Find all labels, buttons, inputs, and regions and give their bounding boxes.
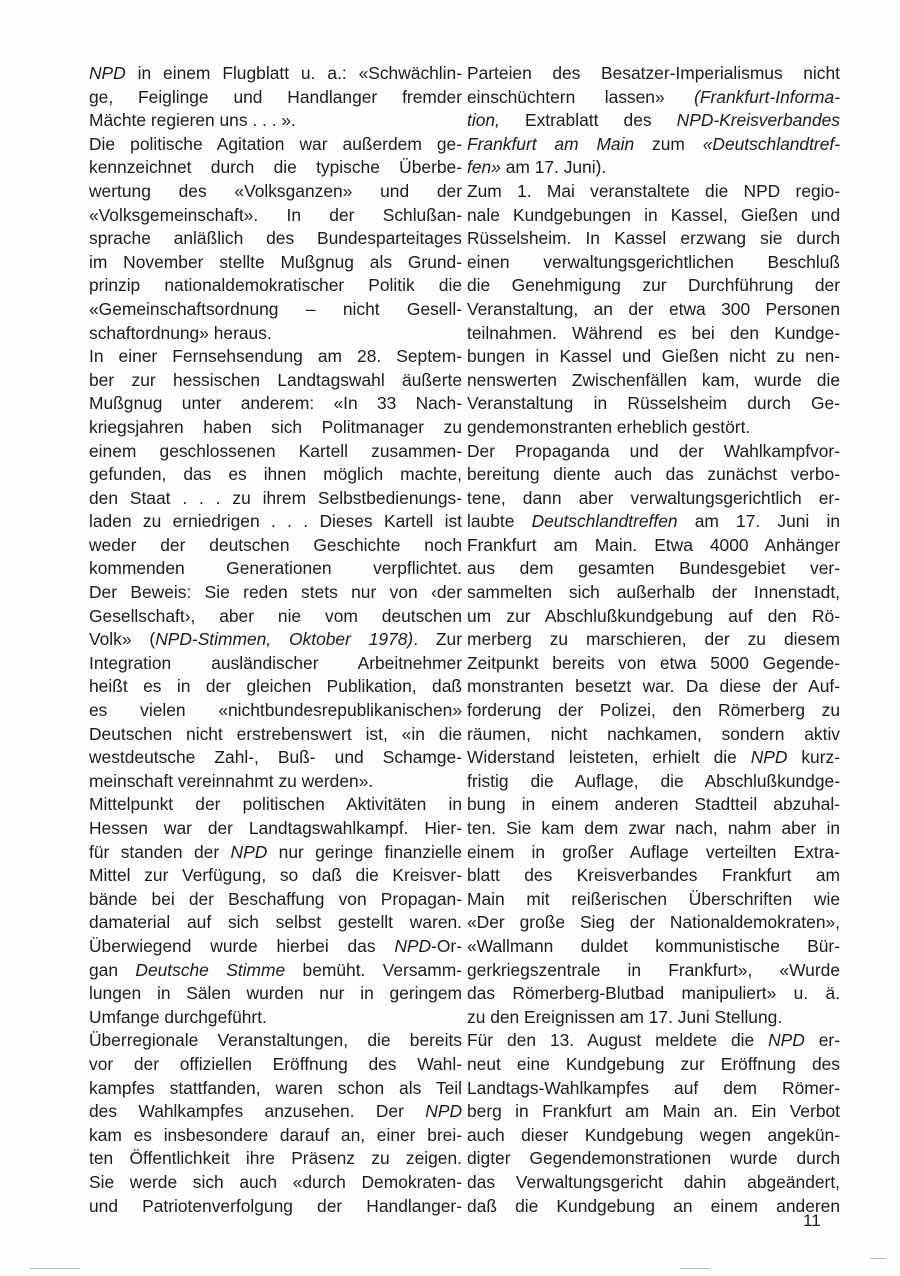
text-segment: «Volksgemeinschaft». In der Schlußan- [89, 205, 462, 225]
text-segment: kriegsjahren haben sich Politmanager zu [89, 417, 462, 437]
text-segment: Rüsselsheim. In Kassel erzwang sie durch [467, 228, 840, 248]
text-line: die Genehmigung zur Durchführung der [467, 274, 840, 298]
text-segment: «Wallmann duldet kommunistische Bür- [467, 936, 840, 956]
page-number: 11 [803, 1211, 821, 1231]
text-line: Deutschen nicht erstrebenswert ist, «in … [89, 723, 462, 747]
text-line: gefunden, das es ihnen möglich machte, [89, 463, 462, 487]
text-line: zu den Ereignissen am 17. Juni Stellung. [467, 1006, 840, 1030]
text-line: schaftordnung» heraus. [89, 322, 462, 346]
text-segment: laden zu erniedrigen . . . Dieses Kartel… [89, 511, 462, 531]
italic-text: NPD [425, 1101, 462, 1121]
text-segment: Umfange durchgeführt. [89, 1007, 267, 1027]
text-segment: einen verwaltungsgerichtlichen Beschluß [467, 252, 840, 272]
text-line: sammelten sich außerhalb der Innenstadt, [467, 581, 840, 605]
text-segment: kam es insbesondere darauf an, einer bre… [89, 1125, 462, 1145]
text-line: In einer Fernsehsendung am 28. Septem- [89, 345, 462, 369]
text-line: einem in großer Auflage verteilten Extra… [467, 841, 840, 865]
text-line: bände bei der Beschaffung von Propagan- [89, 888, 462, 912]
text-segment: bereitung diente auch das zunächst verbo… [467, 464, 840, 484]
text-segment: gefunden, das es ihnen möglich machte, [89, 464, 462, 484]
text-line: Landtags-Wahlkampfes auf dem Römer- [467, 1077, 840, 1101]
text-line: den Staat . . . zu ihrem Selbstbedienung… [89, 487, 462, 511]
text-segment: westdeutsche Zahl-, Buß- und Schamge- [89, 747, 462, 767]
text-segment: ten Öffentlichkeit ihre Präsenz zu zeige… [89, 1148, 462, 1168]
text-line: ten Öffentlichkeit ihre Präsenz zu zeige… [89, 1147, 462, 1171]
text-line: Frankfurt am Main zum «Deutschlandtref- [467, 133, 840, 157]
text-segment: am 17. Juni). [501, 157, 606, 177]
text-segment: vor der offiziellen Eröffnung des Wahl- [89, 1054, 462, 1074]
text-segment: bände bei der Beschaffung von Propagan- [89, 889, 462, 909]
text-line: weder der deutschen Geschichte noch [89, 534, 462, 558]
text-line: nale Kundgebungen in Kassel, Gießen und [467, 204, 840, 228]
text-line: laden zu erniedrigen . . . Dieses Kartel… [89, 510, 462, 534]
text-line: Volk» (NPD-Stimmen, Oktober 1978). Zur [89, 628, 462, 652]
italic-text: NPD [231, 842, 268, 862]
text-line: prinzip nationaldemokratischer Politik d… [89, 274, 462, 298]
text-segment: die Genehmigung zur Durchführung der [467, 275, 840, 295]
italic-text: fen» [467, 157, 501, 177]
text-segment: Die politische Agitation war außerdem ge… [89, 134, 462, 154]
text-segment: -Or- [431, 936, 462, 956]
text-segment: Extrablatt des [500, 110, 677, 130]
text-segment: merberg zu marschieren, der zu diesem [467, 629, 840, 649]
text-line: tion, Extrablatt des NPD-Kreisverbandes [467, 109, 840, 133]
text-segment: nur geringe finanzielle [267, 842, 462, 862]
text-line: sprache anläßlich des Bundesparteitages [89, 227, 462, 251]
text-line: blatt des Kreisverbandes Frankfurt am [467, 864, 840, 888]
text-line: fristig die Auflage, die Abschlußkundge- [467, 770, 840, 794]
text-segment: Deutschen nicht erstrebenswert ist, «in … [89, 724, 462, 744]
text-segment: Integration ausländischer Arbeitnehmer [89, 653, 462, 673]
text-segment: und Patriotenverfolgung der Handlanger- [89, 1196, 462, 1216]
text-segment: gendemonstranten erheblich gestört. [467, 417, 750, 437]
text-segment: laubte [467, 511, 532, 531]
document-page: NPD in einem Flugblatt u. a.: «Schwächli… [0, 0, 900, 1276]
text-line: neut eine Kundgebung zur Eröffnung des [467, 1053, 840, 1077]
text-line: kommenden Generationen verpflichtet. [89, 557, 462, 581]
text-segment: «Gemeinschaftsordnung – nicht Gesell- [89, 299, 462, 319]
text-line: Die politische Agitation war außerdem ge… [89, 133, 462, 157]
scan-artifact [870, 1258, 886, 1259]
text-line: Mußgnug unter anderem: «In 33 Nach- [89, 392, 462, 416]
text-line: Mittelpunkt der politischen Aktivitäten … [89, 793, 462, 817]
text-segment: daß die Kundgebung an einem anderen [467, 1196, 840, 1216]
text-segment: kommenden Generationen verpflichtet. [89, 558, 462, 578]
text-line: Frankfurt am Main. Etwa 4000 Anhänger [467, 534, 840, 558]
text-line: bereitung diente auch das zunächst verbo… [467, 463, 840, 487]
text-segment: gerkriegszentrale in Frankfurt», «Wurde [467, 960, 840, 980]
text-line: räumen, nicht nachkamen, sondern aktiv [467, 723, 840, 747]
text-segment: aus dem gesamten Bundesgebiet ver- [467, 558, 840, 578]
text-segment: in einem Flugblatt u. a.: «Schwächlin- [126, 63, 462, 83]
text-segment: Hessen war der Landtagswahlkampf. Hier- [89, 818, 462, 838]
italic-text: NPD-Stimmen, Oktober 1978) [155, 629, 413, 649]
text-segment: bung in einem anderen Stadtteil abzuhal- [467, 794, 840, 814]
text-segment: kampfes stattfanden, waren schon als Tei… [89, 1078, 462, 1098]
text-line: «Der große Sieg der Nationaldemokraten», [467, 911, 840, 935]
text-segment: Mittelpunkt der politischen Aktivitäten … [89, 794, 462, 814]
text-line: daß die Kundgebung an einem anderen [467, 1195, 840, 1219]
text-segment: für standen der [89, 842, 231, 862]
italic-text: NPD [751, 747, 788, 767]
italic-text: NPD [394, 936, 431, 956]
text-line: im November stellte Mußgnug als Grund- [89, 251, 462, 275]
text-line: um zur Abschlußkundgebung auf den Rö- [467, 605, 840, 629]
text-line: Integration ausländischer Arbeitnehmer [89, 652, 462, 676]
text-segment: ten. Sie kam dem zwar nach, nahm aber in [467, 818, 840, 838]
text-line: gerkriegszentrale in Frankfurt», «Wurde [467, 959, 840, 983]
text-segment: lungen in Sälen wurden nur in geringem [89, 983, 462, 1003]
text-segment: fristig die Auflage, die Abschlußkundge- [467, 771, 840, 791]
text-segment: bungen in Kassel und Gießen nicht zu nen… [467, 346, 840, 366]
text-segment: kennzeichnet durch die typische Überbe- [89, 157, 462, 177]
text-line: fen» am 17. Juni). [467, 156, 840, 180]
text-line: lungen in Sälen wurden nur in geringem [89, 982, 462, 1006]
text-segment: monstranten besetzt war. Da diese der Au… [467, 676, 840, 696]
text-segment: auch dieser Kundgebung wegen angekün- [467, 1125, 840, 1145]
text-line: Veranstaltung, an der etwa 300 Personen [467, 298, 840, 322]
text-line: teilnahmen. Während es bei den Kundge- [467, 322, 840, 346]
text-segment: digter Gegendemonstrationen wurde durch [467, 1148, 840, 1168]
text-segment: «Der große Sieg der Nationaldemokraten», [467, 912, 840, 932]
text-line: Gesellschaft›, aber nie vom deutschen [89, 605, 462, 629]
italic-text: NPD [768, 1030, 805, 1050]
text-segment: einschüchtern lassen» [467, 87, 694, 107]
text-segment: Landtags-Wahlkampfes auf dem Römer- [467, 1078, 840, 1098]
text-line: aus dem gesamten Bundesgebiet ver- [467, 557, 840, 581]
text-line: Der Beweis: Sie reden stets nur von ‹der [89, 581, 462, 605]
text-segment: Main mit reißerischen Überschriften wie [467, 889, 840, 909]
text-segment: Der Beweis: Sie reden stets nur von ‹der [89, 582, 462, 602]
text-segment: das Römerberg-Blutbad manipuliert» u. ä. [467, 983, 840, 1003]
text-segment: im November stellte Mußgnug als Grund- [89, 252, 462, 272]
text-segment: Frankfurt am Main. Etwa 4000 Anhänger [467, 535, 840, 555]
text-line: tene, dann aber verwaltungsgerichtlich e… [467, 487, 840, 511]
text-line: Überregionale Veranstaltungen, die berei… [89, 1029, 462, 1053]
text-segment: Für den 13. August meldete die [467, 1030, 768, 1050]
text-segment: des Wahlkampfes anzusehen. Der [89, 1101, 425, 1121]
scan-artifact [30, 1268, 80, 1269]
text-segment: Parteien des Besatzer-Imperialismus nich… [467, 63, 840, 83]
text-segment: meinschaft vereinnahmt zu werden». [89, 771, 373, 791]
text-line: ge, Feiglinge und Handlanger fremder [89, 86, 462, 110]
text-line: NPD in einem Flugblatt u. a.: «Schwächli… [89, 62, 462, 86]
text-segment: damaterial auf sich selbst gestellt ware… [89, 912, 462, 932]
text-segment: einem in großer Auflage verteilten Extra… [467, 842, 840, 862]
text-segment: das Verwaltungsgericht dahin abgeändert, [467, 1172, 840, 1192]
text-line: Parteien des Besatzer-Imperialismus nich… [467, 62, 840, 86]
text-line: berg in Frankfurt am Main an. Ein Verbot [467, 1100, 840, 1124]
text-segment: Mächte regieren uns . . . ». [89, 110, 296, 130]
text-segment: Widerstand leisteten, erhielt die [467, 747, 751, 767]
text-segment: teilnahmen. Während es bei den Kundge- [467, 323, 840, 343]
text-line: und Patriotenverfolgung der Handlanger- [89, 1195, 462, 1219]
text-line: Main mit reißerischen Überschriften wie [467, 888, 840, 912]
text-line: Für den 13. August meldete die NPD er- [467, 1029, 840, 1053]
text-line: das Römerberg-Blutbad manipuliert» u. ä. [467, 982, 840, 1006]
text-line: Widerstand leisteten, erhielt die NPD ku… [467, 746, 840, 770]
text-line: Umfange durchgeführt. [89, 1006, 462, 1030]
left-text-column: NPD in einem Flugblatt u. a.: «Schwächli… [89, 62, 462, 1218]
text-segment: ber zur hessischen Landtagswahl äußerte [89, 370, 462, 390]
text-line: einschüchtern lassen» (Frankfurt-Informa… [467, 86, 840, 110]
text-line: gendemonstranten erheblich gestört. [467, 416, 840, 440]
italic-text: Frankfurt am Main [467, 134, 634, 154]
text-line: Veranstaltung in Rüsselsheim durch Ge- [467, 392, 840, 416]
text-segment: nale Kundgebungen in Kassel, Gießen und [467, 205, 840, 225]
text-line: heißt es in der gleichen Publikation, da… [89, 675, 462, 699]
text-segment: kurz- [787, 747, 840, 767]
text-segment: weder der deutschen Geschichte noch [89, 535, 462, 555]
text-line: Zeitpunkt bereits von etwa 5000 Gegende- [467, 652, 840, 676]
text-segment: sprache anläßlich des Bundesparteitages [89, 228, 462, 248]
text-segment: Veranstaltung, an der etwa 300 Personen [467, 299, 840, 319]
text-line: auch dieser Kundgebung wegen angekün- [467, 1124, 840, 1148]
text-line: Sie werde sich auch «durch Demokraten- [89, 1171, 462, 1195]
text-line: kam es insbesondere darauf an, einer bre… [89, 1124, 462, 1148]
text-line: damaterial auf sich selbst gestellt ware… [89, 911, 462, 935]
text-line: ten. Sie kam dem zwar nach, nahm aber in [467, 817, 840, 841]
text-segment: blatt des Kreisverbandes Frankfurt am [467, 865, 840, 885]
text-segment: Mußgnug unter anderem: «In 33 Nach- [89, 393, 462, 413]
text-segment: Gesellschaft›, aber nie vom deutschen [89, 606, 462, 626]
text-line: des Wahlkampfes anzusehen. Der NPD [89, 1100, 462, 1124]
text-segment: einem geschlossenen Kartell zusammen- [89, 441, 462, 461]
text-segment: heißt es in der gleichen Publikation, da… [89, 676, 462, 696]
text-line: monstranten besetzt war. Da diese der Au… [467, 675, 840, 699]
text-segment: berg in Frankfurt am Main an. Ein Verbot [467, 1101, 840, 1121]
text-segment: prinzip nationaldemokratischer Politik d… [89, 275, 462, 295]
text-segment: den Staat . . . zu ihrem Selbstbedienung… [89, 488, 462, 508]
text-line: für standen der NPD nur geringe finanzie… [89, 841, 462, 865]
text-line: laubte Deutschlandtreffen am 17. Juni in [467, 510, 840, 534]
text-segment: Überwiegend wurde hierbei das [89, 936, 394, 956]
italic-text: «Deutschlandtref- [703, 134, 840, 154]
text-line: Rüsselsheim. In Kassel erzwang sie durch [467, 227, 840, 251]
text-segment: bemüht. Versamm- [285, 960, 462, 980]
text-line: meinschaft vereinnahmt zu werden». [89, 770, 462, 794]
text-segment: gan [89, 960, 135, 980]
italic-text: (Frankfurt-Informa- [694, 87, 840, 107]
italic-text: Deutschlandtreffen [532, 511, 678, 531]
text-line: vor der offiziellen Eröffnung des Wahl- [89, 1053, 462, 1077]
text-line: bungen in Kassel und Gießen nicht zu nen… [467, 345, 840, 369]
text-line: einen verwaltungsgerichtlichen Beschluß [467, 251, 840, 275]
text-segment: zum [634, 134, 703, 154]
text-segment: . Zur [413, 629, 462, 649]
text-line: «Gemeinschaftsordnung – nicht Gesell- [89, 298, 462, 322]
text-segment: wertung des «Volksganzen» und der [89, 181, 462, 201]
text-line: bung in einem anderen Stadtteil abzuhal- [467, 793, 840, 817]
text-line: «Wallmann duldet kommunistische Bür- [467, 935, 840, 959]
text-line: «Volksgemeinschaft». In der Schlußan- [89, 204, 462, 228]
text-segment: räumen, nicht nachkamen, sondern aktiv [467, 724, 840, 744]
text-segment: zu den Ereignissen am 17. Juni Stellung. [467, 1007, 782, 1027]
text-line: einem geschlossenen Kartell zusammen- [89, 440, 462, 464]
text-segment: Veranstaltung in Rüsselsheim durch Ge- [467, 393, 840, 413]
text-segment: neut eine Kundgebung zur Eröffnung des [467, 1054, 840, 1074]
text-line: Überwiegend wurde hierbei das NPD-Or- [89, 935, 462, 959]
italic-text: Deutsche Stimme [135, 960, 285, 980]
text-line: Mächte regieren uns . . . ». [89, 109, 462, 133]
italic-text: NPD-Kreisverbandes [677, 110, 840, 130]
text-segment: In einer Fernsehsendung am 28. Septem- [89, 346, 462, 366]
italic-text: tion, [467, 110, 500, 130]
text-line: wertung des «Volksganzen» und der [89, 180, 462, 204]
italic-text: NPD [89, 63, 126, 83]
text-segment: um zur Abschlußkundgebung auf den Rö- [467, 606, 840, 626]
text-segment: schaftordnung» heraus. [89, 323, 272, 343]
text-line: digter Gegendemonstrationen wurde durch [467, 1147, 840, 1171]
text-line: westdeutsche Zahl-, Buß- und Schamge- [89, 746, 462, 770]
text-segment: Zeitpunkt bereits von etwa 5000 Gegende- [467, 653, 840, 673]
text-line: Zum 1. Mai veranstaltete die NPD regio- [467, 180, 840, 204]
text-line: Der Propaganda und der Wahlkampfvor- [467, 440, 840, 464]
text-segment: Zum 1. Mai veranstaltete die NPD regio- [467, 181, 840, 201]
text-line: es vielen «nichtbundesrepublikanischen» [89, 699, 462, 723]
text-line: kampfes stattfanden, waren schon als Tei… [89, 1077, 462, 1101]
text-line: ber zur hessischen Landtagswahl äußerte [89, 369, 462, 393]
text-segment: forderung der Polizei, den Römerberg zu [467, 700, 840, 720]
right-text-column: Parteien des Besatzer-Imperialismus nich… [467, 62, 840, 1218]
text-line: nenswerten Zwischenfällen kam, wurde die [467, 369, 840, 393]
text-line: forderung der Polizei, den Römerberg zu [467, 699, 840, 723]
text-segment: es vielen «nichtbundesrepublikanischen» [89, 700, 462, 720]
text-line: kriegsjahren haben sich Politmanager zu [89, 416, 462, 440]
scan-artifact [680, 1268, 710, 1269]
text-segment: er- [805, 1030, 840, 1050]
text-segment: nenswerten Zwischenfällen kam, wurde die [467, 370, 840, 390]
text-line: Mittel zur Verfügung, so daß die Kreisve… [89, 864, 462, 888]
text-segment: ge, Feiglinge und Handlanger fremder [89, 87, 462, 107]
text-line: das Verwaltungsgericht dahin abgeändert, [467, 1171, 840, 1195]
text-segment: sammelten sich außerhalb der Innenstadt, [467, 582, 840, 602]
text-line: kennzeichnet durch die typische Überbe- [89, 156, 462, 180]
text-segment: am 17. Juni in [678, 511, 840, 531]
text-line: gan Deutsche Stimme bemüht. Versamm- [89, 959, 462, 983]
text-line: merberg zu marschieren, der zu diesem [467, 628, 840, 652]
text-segment: tene, dann aber verwaltungsgerichtlich e… [467, 488, 840, 508]
text-segment: Volk» ( [89, 629, 155, 649]
text-segment: Mittel zur Verfügung, so daß die Kreisve… [89, 865, 462, 885]
text-segment: Der Propaganda und der Wahlkampfvor- [467, 441, 840, 461]
text-line: Hessen war der Landtagswahlkampf. Hier- [89, 817, 462, 841]
text-segment: Sie werde sich auch «durch Demokraten- [89, 1172, 462, 1192]
text-segment: Überregionale Veranstaltungen, die berei… [89, 1030, 462, 1050]
